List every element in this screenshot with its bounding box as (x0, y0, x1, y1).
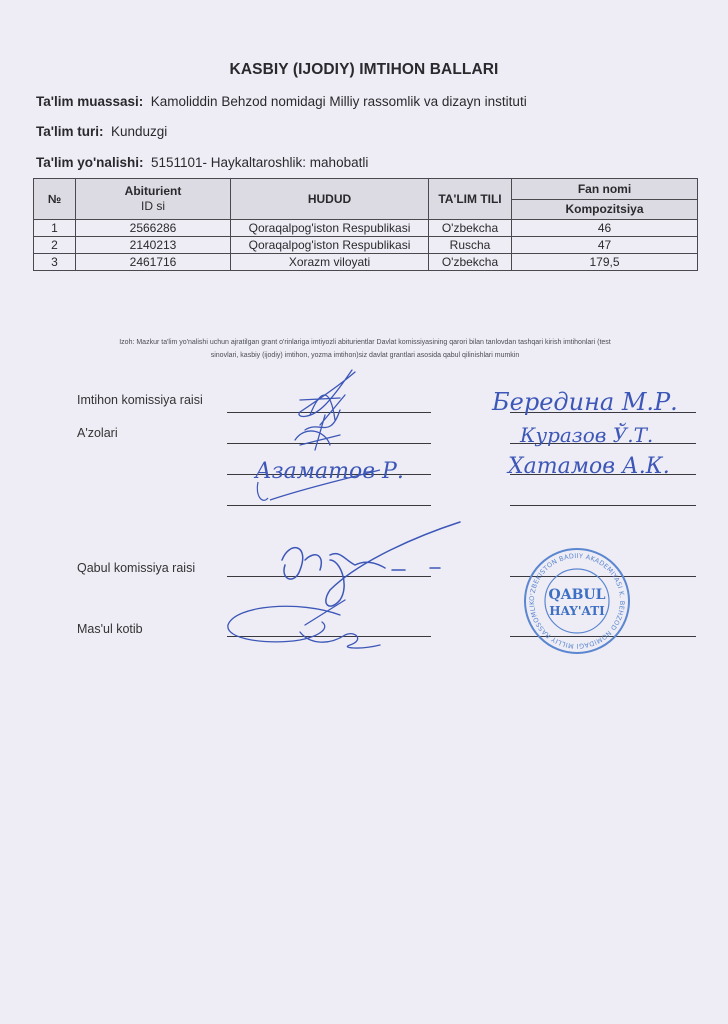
signature-line (227, 505, 431, 506)
specialty-field: Ta'lim yo'nalishi: 5151101- Haykaltarosh… (36, 155, 368, 170)
cell-score: 47 (512, 237, 698, 254)
name-line (510, 576, 696, 577)
ink-layer: Азаматов Р. Бередина М.Р. Куразов Ў.Т. Х… (0, 0, 728, 1024)
scores-table: № Abiturient ID si HUDUD TA'LIM TILI Fan… (33, 178, 698, 271)
header-applicant-id: Abiturient ID si (76, 179, 231, 220)
cell-id: 2140213 (76, 237, 231, 254)
cell-no: 1 (34, 220, 76, 237)
header-applicant-id-line2: ID si (76, 199, 230, 214)
cell-region: Qoraqalpog'iston Respublikasi (231, 237, 429, 254)
name-line (510, 636, 696, 637)
table-row: 2 2140213 Qoraqalpog'iston Respublikasi … (34, 237, 698, 254)
exam-chair-label: Imtihon komissiya raisi (77, 393, 203, 407)
secretary-signature (228, 600, 380, 648)
stamp-text-line2: HAY'ATI (549, 604, 605, 618)
header-applicant-id-line1: Abiturient (76, 184, 230, 199)
admission-chair-signature (282, 522, 460, 606)
signature-line (227, 636, 431, 637)
signature-line (227, 576, 431, 577)
header-no: № (34, 179, 76, 220)
cell-no: 3 (34, 254, 76, 271)
footnote: Izoh: Mazkur ta'lim yo'nalishi uchun ajr… (40, 336, 690, 362)
signature-line (227, 474, 431, 475)
handwritten-name-3: Хатамов А.К. (506, 454, 670, 479)
cell-region: Qoraqalpog'iston Respublikasi (231, 220, 429, 237)
handwritten-names: Бередина М.Р. Куразов Ў.Т. Хатамов А.К. (491, 388, 678, 479)
header-subject-group: Fan nomi (512, 179, 698, 200)
cell-language: O'zbekcha (429, 254, 512, 271)
cell-score: 46 (512, 220, 698, 237)
member-handwriting: Азаматов Р. (253, 459, 404, 484)
header-subject: Kompozitsiya (512, 200, 698, 220)
name-line (510, 443, 696, 444)
cell-language: O'zbekcha (429, 220, 512, 237)
cell-language: Ruscha (429, 237, 512, 254)
institution-value: Kamoliddin Behzod nomidagi Milliy rassom… (151, 94, 527, 109)
exam-chair-signature (295, 370, 355, 450)
name-line (510, 412, 696, 413)
study-type-value: Kunduzgi (111, 124, 167, 139)
name-line (510, 505, 696, 506)
table-row: 1 2566286 Qoraqalpog'iston Respublikasi … (34, 220, 698, 237)
admission-chair-label: Qabul komissiya raisi (77, 561, 195, 575)
document-page: KASBIY (IJODIY) IMTIHON BALLARI Ta'lim m… (0, 0, 728, 1024)
secretary-label: Mas'ul kotib (77, 622, 143, 636)
specialty-value: 5151101- Haykaltaroshlik: mahobatli (151, 155, 368, 170)
specialty-label: Ta'lim yo'nalishi: (36, 155, 143, 170)
name-line (510, 474, 696, 475)
document-title: KASBIY (IJODIY) IMTIHON BALLARI (0, 61, 728, 79)
table-row: 3 2461716 Xorazm viloyati O'zbekcha 179,… (34, 254, 698, 271)
header-language: TA'LIM TILI (429, 179, 512, 220)
member-signature: Азаматов Р. (253, 459, 404, 500)
footnote-line2: sinovlari, kasbiy (ijodiy) imtihon, yozm… (40, 349, 690, 362)
cell-id: 2566286 (76, 220, 231, 237)
footnote-line1: Izoh: Mazkur ta'lim yo'nalishi uchun ajr… (40, 336, 690, 349)
cell-id: 2461716 (76, 254, 231, 271)
study-type-label: Ta'lim turi: (36, 124, 103, 139)
cell-score: 179,5 (512, 254, 698, 271)
study-type-field: Ta'lim turi: Kunduzgi (36, 124, 167, 139)
institution-field: Ta'lim muassasi: Kamoliddin Behzod nomid… (36, 94, 527, 109)
signature-line (227, 443, 431, 444)
signature-line (227, 412, 431, 413)
stamp-text-line1: QABUL (549, 587, 606, 603)
cell-region: Xorazm viloyati (231, 254, 429, 271)
members-label: A'zolari (77, 426, 118, 440)
cell-no: 2 (34, 237, 76, 254)
institution-label: Ta'lim muassasi: (36, 94, 143, 109)
header-region: HUDUD (231, 179, 429, 220)
